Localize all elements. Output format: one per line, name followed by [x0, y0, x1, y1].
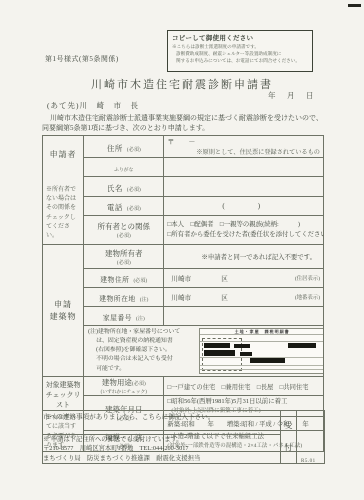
building-address-city: 川崎市	[171, 273, 191, 283]
tax-figure-ruled-line	[200, 369, 323, 370]
reception-stamp-label-cell: 受 付	[281, 411, 297, 464]
checklist-group-label: 対象建築物チェックリスト	[43, 380, 83, 410]
building-location-label-cell: 建物所在地 (注)	[84, 288, 164, 307]
mail-submission-cell: ※ 申請は下記住所への郵送でも受付けています。 〒210-8577 川崎区宮本町…	[43, 435, 281, 464]
phone-required-mark: (必須)	[127, 206, 141, 212]
relation-options-line2: □所有者から委任を受けた者(委任状を添付してください)	[167, 230, 320, 240]
name-required-mark: (必須)	[127, 187, 141, 193]
location-note-text: (注)建物所在地・家屋番号について は、固定資産税の納税通知書 (右図参照)を御…	[88, 328, 196, 374]
furigana-value-cell	[164, 158, 324, 177]
copy-notice-line: ※こちらは診断士派遣制度の申請書です。	[172, 43, 308, 50]
contact-note: 市への連絡事項がありましたら、こちらに御記入下さい。	[43, 414, 214, 421]
usage-sub-label: (いずれかにチェック)	[84, 388, 163, 395]
building-address-suffix: (住居表示)	[295, 274, 320, 282]
footer-table: 市への連絡事項がありましたら、こちらに御記入下さい。 受 付 ※ 申請は下記住所…	[42, 410, 325, 464]
copy-notice-box: コピーして御使用ください ※こちらは診断士派遣制度の申請書です。 診断費助成制度…	[167, 30, 313, 72]
name-value-cell	[164, 177, 324, 197]
scanned-form-page: 第1号様式(第5条関係) コピーして御使用ください ※こちらは診断士派遣制度の申…	[0, 0, 364, 500]
phone-label-cell: 電話 (必須)	[84, 197, 164, 216]
usage-options: □一戸建ての住宅 □兼用住宅 □長屋 □共同住宅	[164, 382, 323, 391]
applicant-group-note: ※所有者でない場合はその関係をチェックしてください。	[43, 186, 83, 242]
building-location-suffix: (地番表示)	[295, 293, 320, 301]
location-note-cell: (注)建物所在地・家屋番号について は、固定資産税の納税通知書 (右図参照)を御…	[84, 326, 324, 377]
intro-line: 川崎市木造住宅耐震診断士派遣事業実施要綱の規定に基づく耐震診断を受けたいので、	[42, 113, 332, 123]
scan-corner-mark	[348, 4, 361, 7]
applicant-group-cell: 申請者 ※所有者でない場合はその関係をチェックしてください。	[43, 136, 84, 245]
building-address-required-mark: (必須)	[133, 278, 147, 284]
house-number-note-mark: (注)	[136, 316, 145, 322]
tax-notice-figure: 土地・家屋 課税明細書	[199, 328, 323, 374]
building-owner-label: 建物所有者	[84, 248, 163, 259]
mail-note: ※ 申請は下記住所への郵送でも受付けています。	[43, 435, 280, 444]
relation-value-cell: □本人 □配偶者 □一親等の親族(続柄: ) □所有者から委任を受けた者(委任状…	[164, 216, 324, 245]
furigana-label: ふりがな	[114, 168, 133, 173]
building-address-label-cell: 建物住所 (必須)	[84, 269, 164, 288]
house-number-label: 家屋番号	[103, 315, 132, 322]
building-address-value-cell: 川崎市 区 (住居表示)	[164, 269, 324, 288]
building-location-label: 建物所在地	[99, 296, 135, 303]
address-label-cell: 住所 (必須)	[84, 136, 164, 158]
building-location-ward: 区	[221, 292, 228, 302]
usage-label-cell: 建物用途(必須) (いずれかにチェック)	[84, 377, 164, 396]
redaction-bar	[288, 343, 316, 348]
usage-value-cell: □一戸建ての住宅 □兼用住宅 □長屋 □共同住宅	[164, 377, 324, 396]
relation-options-line1: □本人 □配偶者 □一親等の親族(続柄: )	[167, 220, 320, 230]
applicant-group-label: 申請者	[43, 149, 83, 160]
address-note: ※原則として、住民票に登録されているもの	[167, 147, 320, 156]
building-address-label: 建物住所	[100, 277, 129, 284]
address-required-mark: (必須)	[127, 147, 141, 153]
phone-label: 電話	[107, 203, 123, 212]
building-location-note-mark: (注)	[140, 297, 149, 303]
phone-value-cell: ( )	[164, 197, 324, 216]
address-value-cell: 〒 － ※原則として、住民票に登録されているもの	[164, 136, 324, 158]
redaction-bar	[204, 350, 235, 356]
tax-figure-ruled-line	[200, 365, 323, 366]
reception-stamp-box	[297, 411, 325, 464]
house-number-label-cell: 家屋番号 (注)	[84, 307, 164, 326]
building-owner-value-cell: ※申請者と同一であれば記入不要です。	[164, 245, 324, 269]
date-line: 年 月 日	[268, 90, 316, 101]
relation-label: 所有者との関係	[84, 221, 163, 232]
copy-notice-title: コピーして御使用ください	[172, 33, 308, 42]
postal-code-field: 〒 －	[167, 137, 320, 147]
building-owner-label-cell: 建物所有者 (必須)	[84, 245, 164, 269]
copy-notice-line: 診断費助成制度、耐震シェルター等設置助成制度に	[172, 50, 308, 57]
form-code: 第1号様式(第5条関係)	[45, 54, 119, 64]
usage-label: 建物用途(必須)	[84, 377, 163, 388]
building-location-city: 川崎市	[171, 292, 191, 302]
name-label: 氏名	[107, 184, 123, 193]
tax-figure-ruled-line	[200, 357, 323, 358]
furigana-label-cell: ふりがな	[84, 158, 164, 177]
building-location-value-cell: 川崎市 区 (地番表示)	[164, 288, 324, 307]
phone-paren-field: ( )	[164, 201, 323, 211]
building-address-ward: 区	[221, 273, 228, 283]
address-label: 住所	[107, 144, 123, 153]
addressee-line: (あて先)川 崎 市 長	[47, 100, 139, 111]
building-group-label: 申請 建築物	[43, 299, 83, 321]
name-label-cell: 氏名 (必須)	[84, 177, 164, 197]
reception-label-top: 受	[281, 422, 296, 430]
building-group-cell: 申請 建築物	[43, 245, 84, 377]
mail-address: 〒210-8577 川崎区宮本町1番地 TEL:044-200-3017	[43, 444, 280, 453]
redaction-bar	[204, 343, 230, 348]
mail-department: まちづくり局 防災まちづくり推進課 耐震化支援担当	[43, 454, 280, 463]
relation-label-cell: 所有者との関係 (必須)	[84, 216, 164, 245]
built-date-option: □昭和56年(西暦1981年)5月31日以前に着工	[167, 397, 320, 406]
redaction-bar	[234, 344, 250, 348]
redaction-bar	[240, 352, 252, 356]
relation-required-mark: (必須)	[84, 232, 163, 239]
intro-line: 同要綱第5条第1項に基づき、次のとおり申請します。	[42, 123, 332, 133]
copy-notice-line: 関するお申込みについては、お電話にてお問合せください。	[172, 57, 308, 64]
intro-paragraph: 川崎市木造住宅耐震診断士派遣事業実施要綱の規定に基づく耐震診断を受けたいので、 …	[42, 113, 332, 133]
building-owner-note: ※申請者と同一であれば記入不要です。	[167, 252, 320, 261]
redaction-bar	[250, 358, 285, 363]
contact-note-cell: 市への連絡事項がありましたら、こちらに御記入下さい。	[43, 411, 281, 435]
building-owner-required-mark: (必須)	[84, 259, 163, 266]
revision-mark: R5.01	[301, 459, 316, 464]
house-number-value-cell	[164, 307, 324, 326]
application-form-table: 申請者 ※所有者でない場合はその関係をチェックしてください。 住所 (必須) 〒…	[42, 135, 324, 452]
reception-label-bottom: 付	[281, 444, 296, 452]
